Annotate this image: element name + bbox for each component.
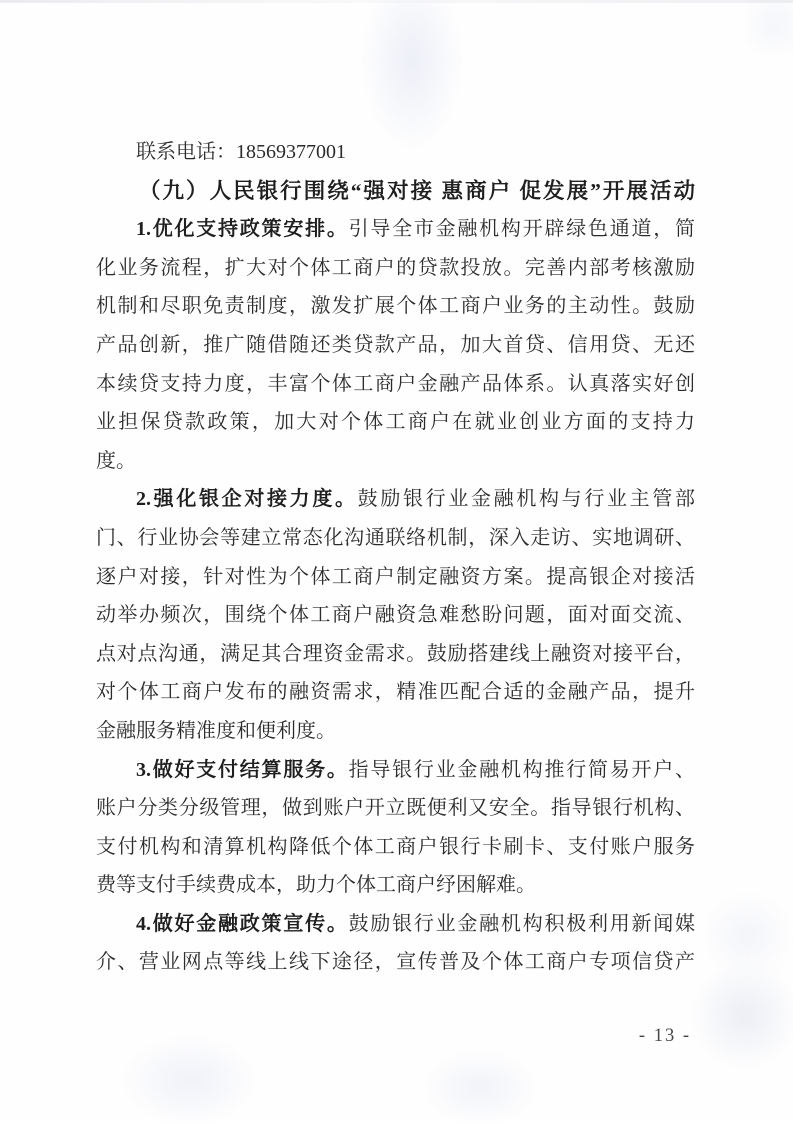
text-line: 支付机构和清算机构降低个体工商户银行卡刷卡、支付账户服务: [96, 828, 695, 867]
text-line: 3.做好支付结算服务。指导银行业金融机构推行简易开户、: [96, 751, 695, 790]
text-line: 产品创新，推广随借随还类贷款产品，加大首贷、信用贷、无还: [96, 326, 695, 365]
document-body: 联系电话：18569377001（九）人民银行围绕“强对接 惠商户 促发展”开展…: [96, 133, 695, 982]
text-segment: 产品创新，推广随借随还类贷款产品，加大首贷、信用贷、无还: [96, 334, 695, 356]
text-line: 对个体工商户发布的融资需求，精准匹配合适的金融产品，提升: [96, 673, 695, 712]
text-segment: 引导全市金融机构开辟绿色通道，简: [349, 218, 695, 240]
text-segment: 化业务流程，扩大对个体工商户的贷款投放。完善内部考核激励: [96, 257, 695, 279]
scan-artifact-blob: [120, 1035, 260, 1120]
text-segment: 1.优化支持政策安排。: [136, 218, 349, 240]
text-segment: 度。: [96, 450, 136, 472]
text-line: 点对点沟通，满足其合理资金需求。鼓励搭建线上融资对接平台，: [96, 635, 695, 674]
text-line: 账户分类分级管理，做到账户开立既便利又安全。指导银行机构、: [96, 789, 695, 828]
text-segment: 点对点沟通，满足其合理资金需求。鼓励搭建线上融资对接平台，: [96, 643, 695, 665]
text-segment: 账户分类分级管理，做到账户开立既便利又安全。指导银行机构、: [96, 797, 695, 819]
page-number: - 13 -: [639, 1026, 691, 1047]
text-line: 机制和尽职免责制度，激发扩展个体工商户业务的主动性。鼓励: [96, 287, 695, 326]
text-segment: 对个体工商户发布的融资需求，精准匹配合适的金融产品，提升: [96, 681, 695, 703]
scan-artifact-top-band: [362, 0, 462, 150]
text-line: 本续贷支持力度，丰富个体工商户金融产品体系。认真落实好创: [96, 365, 695, 404]
text-line: 介、营业网点等线上线下途径，宣传普及个体工商户专项信贷产: [96, 943, 695, 982]
text-line: 度。: [96, 442, 695, 481]
text-segment: 机制和尽职免责制度，激发扩展个体工商户业务的主动性。鼓励: [96, 295, 695, 317]
text-segment: 鼓励银行业金融机构与行业主管部: [358, 488, 695, 510]
scan-artifact-blob: [740, 0, 793, 60]
text-segment: 指导银行业金融机构推行简易开户、: [349, 759, 695, 781]
scan-artifact-blob: [420, 1050, 540, 1120]
scan-artifact-top-edge: [0, 0, 793, 3]
text-line: 2.强化银企对接力度。鼓励银行业金融机构与行业主管部: [96, 480, 695, 519]
text-segment: 逐户对接，针对性为个体工商户制定融资方案。提高银企对接活: [96, 566, 695, 588]
scan-artifact-blob: [700, 890, 793, 980]
text-segment: 联系电话：18569377001: [136, 141, 346, 163]
text-segment: 2.强化银企对接力度。: [136, 488, 358, 510]
text-segment: 动举办频次，围绕个体工商户融资急难愁盼问题，面对面交流、: [96, 604, 695, 626]
text-line: 联系电话：18569377001: [96, 133, 695, 172]
text-line: 费等支付手续费成本，助力个体工商户纾困解难。: [96, 866, 695, 905]
scan-artifact-blob: [690, 960, 793, 1070]
text-segment: 费等支付手续费成本，助力个体工商户纾困解难。: [96, 874, 536, 896]
text-segment: 支付机构和清算机构降低个体工商户银行卡刷卡、支付账户服务: [96, 836, 695, 858]
text-line: 4.做好金融政策宣传。鼓励银行业金融机构积极利用新闻媒: [96, 905, 695, 944]
text-segment: （九）人民银行围绕“强对接 惠商户 促发展”开展活动: [139, 179, 695, 203]
text-segment: 4.做好金融政策宣传。: [136, 913, 349, 935]
text-line: 化业务流程，扩大对个体工商户的贷款投放。完善内部考核激励: [96, 249, 695, 288]
text-segment: 鼓励银行业金融机构积极利用新闻媒: [349, 913, 695, 935]
text-segment: 门、行业协会等建立常态化沟通联络机制，深入走访、实地调研、: [96, 527, 695, 549]
document-page: 联系电话：18569377001（九）人民银行围绕“强对接 惠商户 促发展”开展…: [0, 0, 793, 1120]
text-line: 逐户对接，针对性为个体工商户制定融资方案。提高银企对接活: [96, 558, 695, 597]
text-segment: 金融服务精准度和便利度。: [96, 720, 336, 742]
text-line: 动举办频次，围绕个体工商户融资急难愁盼问题，面对面交流、: [96, 596, 695, 635]
text-line: 金融服务精准度和便利度。: [96, 712, 695, 751]
text-segment: 本续贷支持力度，丰富个体工商户金融产品体系。认真落实好创: [96, 373, 695, 395]
text-line: 业担保贷款政策，加大对个体工商户在就业创业方面的支持力: [96, 403, 695, 442]
text-segment: 业担保贷款政策，加大对个体工商户在就业创业方面的支持力: [96, 411, 695, 433]
section-heading: （九）人民银行围绕“强对接 惠商户 促发展”开展活动: [96, 172, 695, 211]
text-segment: 介、营业网点等线上线下途径，宣传普及个体工商户专项信贷产: [96, 951, 695, 973]
text-line: 1.优化支持政策安排。引导全市金融机构开辟绿色通道，简: [96, 210, 695, 249]
text-segment: 3.做好支付结算服务。: [136, 759, 349, 781]
text-line: 门、行业协会等建立常态化沟通联络机制，深入走访、实地调研、: [96, 519, 695, 558]
